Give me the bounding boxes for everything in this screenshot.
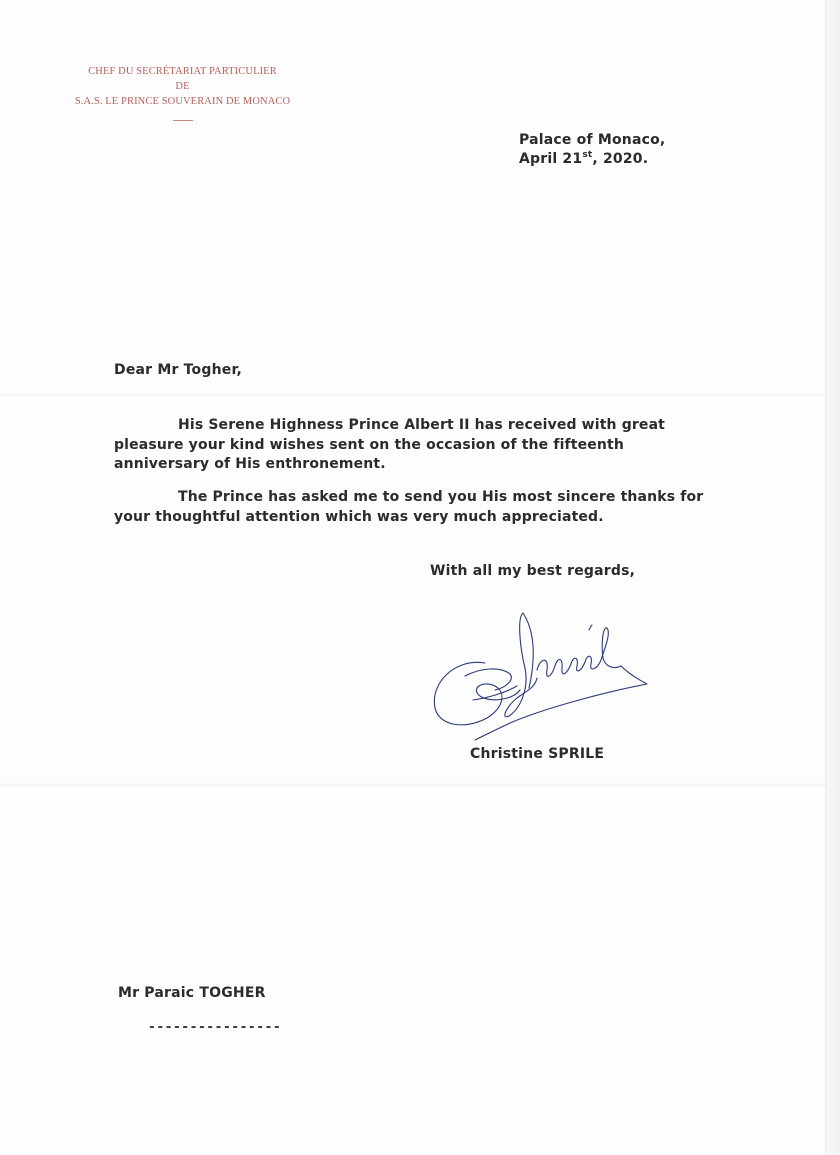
date-ordinal: st [582, 150, 592, 160]
scan-edge [825, 0, 840, 1155]
letterhead-rule [173, 120, 193, 121]
closing: With all my best regards, [430, 563, 635, 579]
recipient-address-placeholder: ---------------- [148, 1020, 281, 1035]
body-paragraph: His Serene Highness Prince Albert II has… [114, 416, 714, 475]
dateline: Palace of Monaco, April 21st, 2020. [519, 131, 665, 169]
recipient-name: Mr Paraic TOGHER [118, 985, 266, 1001]
body-paragraph: The Prince has asked me to send you His … [114, 488, 714, 527]
fold-line [0, 393, 826, 397]
place: Palace of Monaco, [519, 131, 665, 150]
date-day: April 21 [519, 151, 582, 167]
letterhead-line: CHEF DU SECRÉTARIAT PARTICULIER [60, 64, 305, 79]
date: April 21st, 2020. [519, 150, 665, 169]
fold-line [0, 783, 826, 787]
salutation: Dear Mr Togher, [114, 362, 242, 378]
signature-icon [425, 608, 655, 743]
letterhead-line: DE [60, 79, 305, 94]
letter-page: CHEF DU SECRÉTARIAT PARTICULIER DE S.A.S… [0, 0, 840, 1155]
date-year: , 2020. [592, 151, 648, 167]
signer-name: Christine SPRILE [470, 746, 604, 762]
letterhead: CHEF DU SECRÉTARIAT PARTICULIER DE S.A.S… [60, 64, 305, 121]
letterhead-line: S.A.S. LE PRINCE SOUVERAIN DE MONACO [60, 94, 305, 109]
